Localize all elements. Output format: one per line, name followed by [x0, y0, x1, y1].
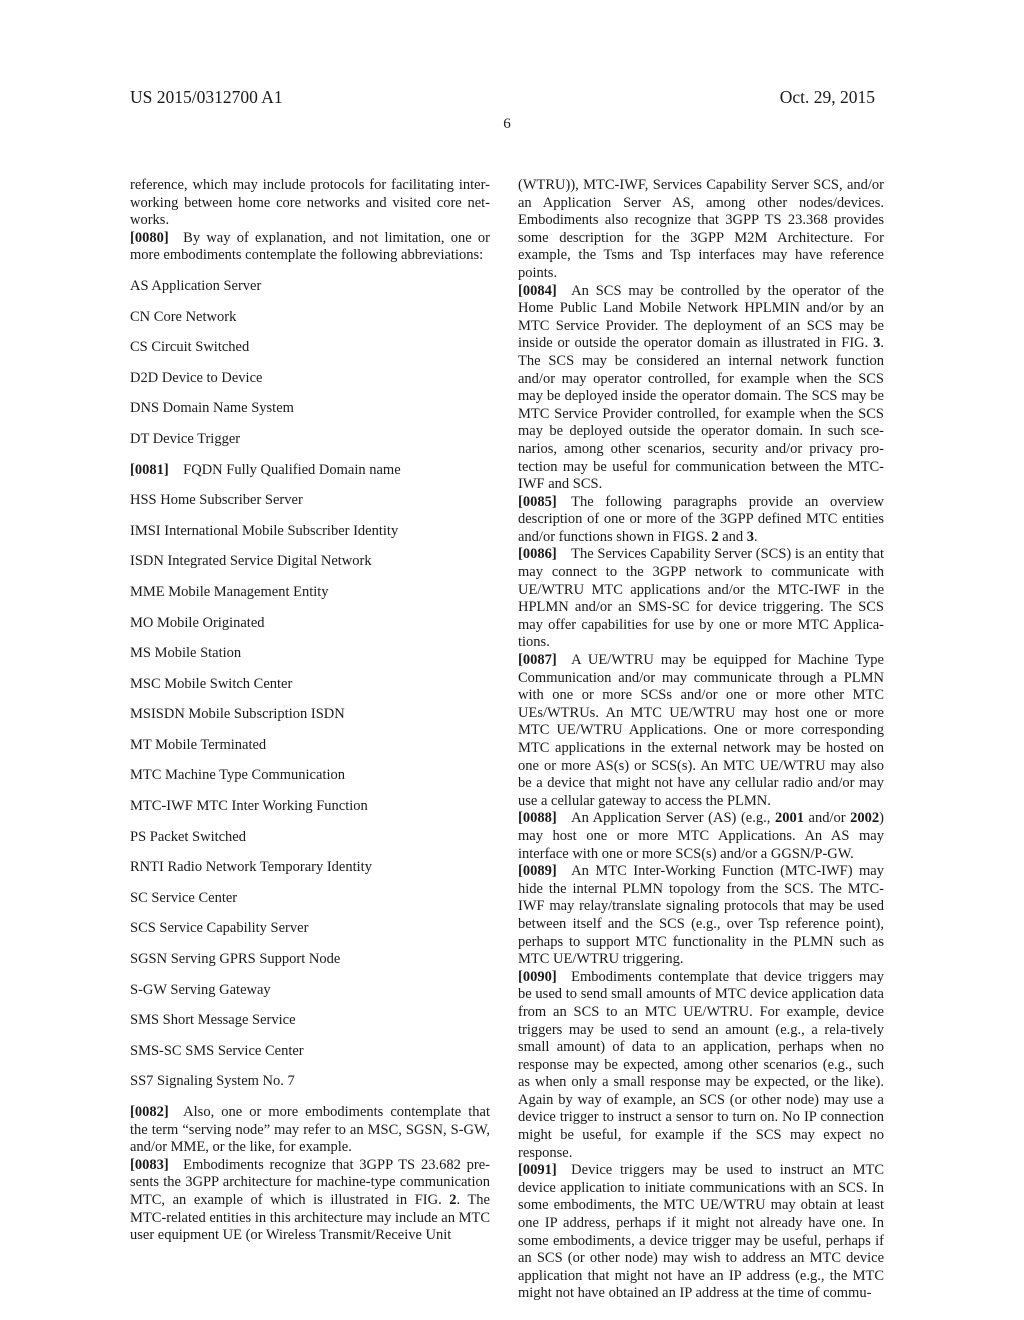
text-run: SCS Service Capability Server	[130, 920, 308, 936]
abbreviation-item: SGSN Serving GPRS Support Node	[130, 951, 490, 969]
text-run: MSISDN Mobile Subscription ISDN	[130, 706, 345, 722]
abbreviation-item: RNTI Radio Network Temporary Identity	[130, 859, 490, 877]
text-run: Embodiments contemplate that device trig…	[518, 969, 884, 1161]
paragraph: [0080] By way of explanation, and not li…	[130, 230, 490, 265]
text-run: S-GW Serving Gateway	[130, 982, 271, 998]
bold-text-run: [0085]	[518, 494, 557, 510]
text-run: ISDN Integrated Service Digital Network	[130, 553, 372, 569]
text-run: PS Packet Switched	[130, 829, 246, 845]
text-run: MT Mobile Terminated	[130, 737, 266, 753]
text-run: The following paragraphs provide an over…	[518, 494, 884, 545]
page-body: reference, which may include protocols f…	[130, 177, 884, 1303]
abbreviation-item: DNS Domain Name System	[130, 400, 490, 418]
bold-text-run: [0091]	[518, 1162, 557, 1178]
text-run: MTC-IWF MTC Inter Working Function	[130, 798, 368, 814]
text-run: DNS Domain Name System	[130, 400, 294, 416]
abbreviation-item: HSS Home Subscriber Server	[130, 492, 490, 510]
abbreviation-item: CS Circuit Switched	[130, 339, 490, 357]
text-run: SGSN Serving GPRS Support Node	[130, 951, 340, 967]
text-run: A UE/WTRU may be equipped for Machine Ty…	[518, 652, 884, 809]
paragraph: reference, which may include protocols f…	[130, 177, 490, 230]
page-header: US 2015/0312700 A1 Oct. 29, 2015	[130, 86, 875, 108]
text-run: Also, one or more embodiments contemplat…	[130, 1104, 490, 1155]
bold-text-run: [0081]	[130, 462, 169, 478]
text-run: CN Core Network	[130, 309, 236, 325]
bold-text-run: [0088]	[518, 810, 557, 826]
publication-date: Oct. 29, 2015	[780, 86, 875, 108]
paragraph: (WTRU)), MTC-IWF, Services Capability Se…	[518, 177, 884, 283]
text-run: and/or	[804, 810, 850, 826]
text-run: Embodiments recognize that 3GPP TS 23.68…	[130, 1157, 490, 1208]
text-run: CS Circuit Switched	[130, 339, 249, 355]
paragraph: [0083] Embodiments recognize that 3GPP T…	[130, 1157, 490, 1245]
text-run: An Application Server (AS) (e.g.,	[557, 810, 775, 826]
text-run: IMSI International Mobile Subscriber Ide…	[130, 523, 398, 539]
text-run: HSS Home Subscriber Server	[130, 492, 303, 508]
text-run: FQDN Fully Qualified Domain name	[169, 462, 401, 478]
text-run: reference, which may include protocols f…	[130, 177, 490, 228]
text-run: MO Mobile Originated	[130, 615, 265, 631]
bold-text-run: [0083]	[130, 1157, 169, 1173]
abbreviation-item: CN Core Network	[130, 309, 490, 327]
text-run: DT Device Trigger	[130, 431, 240, 447]
bold-text-run: [0084]	[518, 283, 557, 299]
paragraph: [0086] The Services Capability Server (S…	[518, 546, 884, 652]
text-run: D2D Device to Device	[130, 370, 262, 386]
abbreviation-item: SCS Service Capability Server	[130, 920, 490, 938]
right-column: (WTRU)), MTC-IWF, Services Capability Se…	[518, 177, 884, 1303]
text-run: An MTC Inter-Working Function (MTC-IWF) …	[518, 863, 884, 967]
abbreviation-item: [0081] FQDN Fully Qualified Domain name	[130, 462, 490, 480]
abbreviation-item: SMS-SC SMS Service Center	[130, 1043, 490, 1061]
abbreviation-item: S-GW Serving Gateway	[130, 982, 490, 1000]
abbreviation-item: MSISDN Mobile Subscription ISDN	[130, 706, 490, 724]
abbreviation-item: SMS Short Message Service	[130, 1012, 490, 1030]
text-run: AS Application Server	[130, 278, 261, 294]
paragraph: [0091] Device triggers may be used to in…	[518, 1162, 884, 1303]
text-run: . The SCS may be considered an internal …	[518, 335, 884, 492]
abbreviation-item: SC Service Center	[130, 890, 490, 908]
abbreviation-item: D2D Device to Device	[130, 370, 490, 388]
bold-text-run: [0089]	[518, 863, 557, 879]
paragraph: [0084] An SCS may be controlled by the o…	[518, 283, 884, 494]
abbreviation-item: ISDN Integrated Service Digital Network	[130, 553, 490, 571]
text-run: SMS-SC SMS Service Center	[130, 1043, 304, 1059]
text-run: SS7 Signaling System No. 7	[130, 1073, 295, 1089]
abbreviation-item: MSC Mobile Switch Center	[130, 676, 490, 694]
abbreviation-item: MS Mobile Station	[130, 645, 490, 663]
text-run: SMS Short Message Service	[130, 1012, 296, 1028]
text-run: .	[754, 529, 758, 545]
bold-text-run: 3	[747, 529, 754, 545]
text-run: and	[719, 529, 747, 545]
text-run: MS Mobile Station	[130, 645, 241, 661]
abbreviation-item: MT Mobile Terminated	[130, 737, 490, 755]
bold-text-run: 2001	[775, 810, 804, 826]
bold-text-run: [0086]	[518, 546, 557, 562]
abbreviation-item: MTC Machine Type Communication	[130, 767, 490, 785]
paragraph: [0085] The following paragraphs provide …	[518, 494, 884, 547]
bold-text-run: [0082]	[130, 1104, 169, 1120]
text-run: SC Service Center	[130, 890, 237, 906]
paragraph: [0082] Also, one or more embodiments con…	[130, 1104, 490, 1157]
text-run: Device triggers may be used to instruct …	[518, 1162, 884, 1301]
text-run: MME Mobile Management Entity	[130, 584, 329, 600]
text-run: The Services Capability Server (SCS) is …	[518, 546, 884, 650]
text-run: (WTRU)), MTC-IWF, Services Capability Se…	[518, 177, 884, 281]
bold-text-run: [0080]	[130, 230, 169, 246]
abbreviation-item: AS Application Server	[130, 278, 490, 296]
abbreviation-item: MTC-IWF MTC Inter Working Function	[130, 798, 490, 816]
text-run: By way of explanation, and not limitatio…	[130, 230, 490, 264]
abbreviation-item: MO Mobile Originated	[130, 615, 490, 633]
bold-text-run: 2	[711, 529, 718, 545]
bold-text-run: [0087]	[518, 652, 557, 668]
paragraph: [0090] Embodiments contemplate that devi…	[518, 969, 884, 1163]
paragraph: [0087] A UE/WTRU may be equipped for Mac…	[518, 652, 884, 810]
paragraph: [0089] An MTC Inter-Working Function (MT…	[518, 863, 884, 969]
page-number: 6	[130, 114, 884, 134]
patent-document-page: US 2015/0312700 A1 Oct. 29, 2015 6 refer…	[0, 0, 1024, 1320]
left-column: reference, which may include protocols f…	[130, 177, 490, 1245]
abbreviation-item: DT Device Trigger	[130, 431, 490, 449]
text-run: MSC Mobile Switch Center	[130, 676, 292, 692]
abbreviation-item: MME Mobile Management Entity	[130, 584, 490, 602]
patent-publication-number: US 2015/0312700 A1	[130, 86, 283, 108]
bold-text-run: 2002	[850, 810, 879, 826]
abbreviation-item: PS Packet Switched	[130, 829, 490, 847]
paragraph: [0088] An Application Server (AS) (e.g.,…	[518, 810, 884, 863]
bold-text-run: 2	[449, 1192, 456, 1208]
bold-text-run: [0090]	[518, 969, 557, 985]
text-run: RNTI Radio Network Temporary Identity	[130, 859, 372, 875]
abbreviation-item: IMSI International Mobile Subscriber Ide…	[130, 523, 490, 541]
abbreviation-item: SS7 Signaling System No. 7	[130, 1073, 490, 1091]
text-run: An SCS may be controlled by the operator…	[518, 283, 884, 352]
text-run: MTC Machine Type Communication	[130, 767, 345, 783]
